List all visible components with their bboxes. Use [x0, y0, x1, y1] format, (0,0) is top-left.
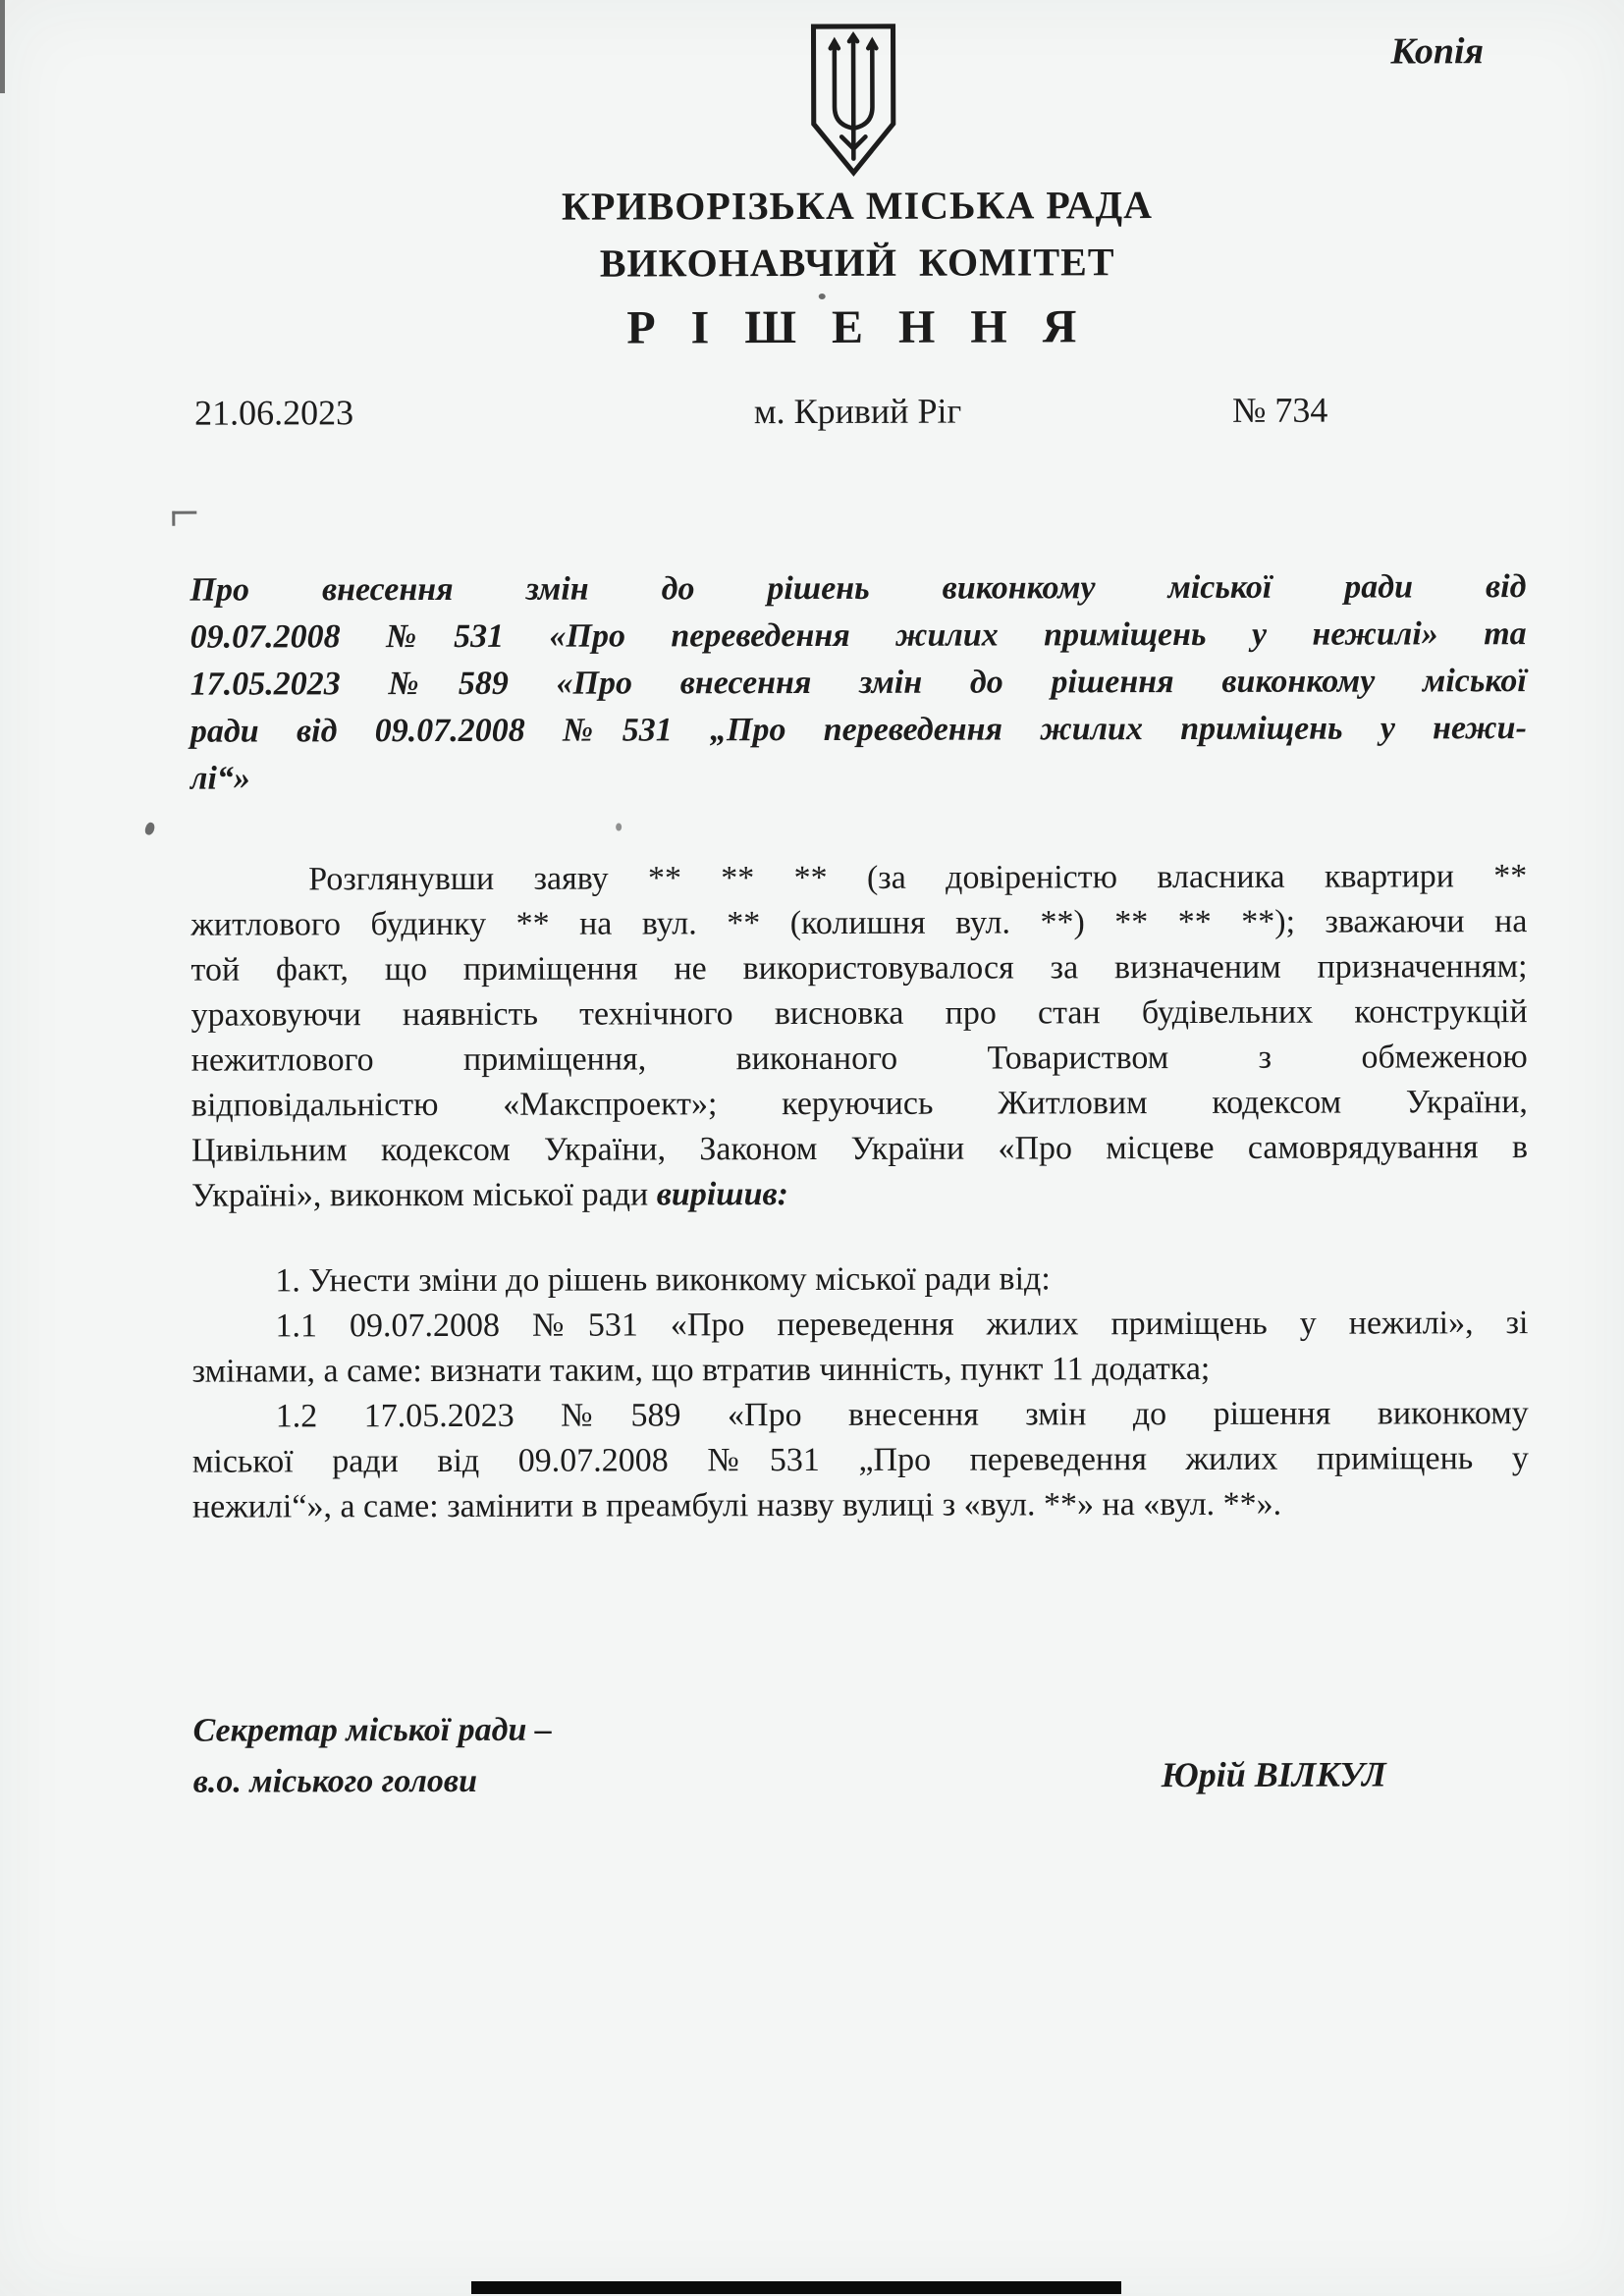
- preamble-line: той факт, що приміщення не використовува…: [190, 944, 1527, 993]
- decision-number: № 734: [1232, 390, 1327, 431]
- preamble-line: ураховуючи наявність технічного висновка…: [191, 989, 1528, 1039]
- item-1-2-line: 1.2 17.05.2023 №589 «Про внесення змін д…: [192, 1391, 1529, 1440]
- organization-name-line1: КРИВОРІЗЬКА МІСЬКА РАДА: [189, 181, 1525, 231]
- subject-line: Про внесення змін до рішень виконкому мі…: [189, 563, 1526, 614]
- copy-stamp-label: Копія: [1390, 29, 1484, 73]
- preamble-line: житлового будинку ** на вул. ** (колишня…: [190, 899, 1527, 948]
- preamble-last-line-text: Україні», виконком міської ради: [191, 1176, 657, 1213]
- item-1-1-line: 1.1 09.07.2008 №531 «Про переведення жил…: [191, 1301, 1528, 1350]
- ukraine-trident-emblem-icon: [806, 22, 900, 179]
- preamble-line: нежитлового приміщення, виконаного Товар…: [191, 1035, 1528, 1084]
- scan-bottom-bar-artifact: [471, 2281, 1121, 2294]
- subject-line: лі“»: [190, 752, 1527, 803]
- item-1-intro: 1. Унести зміни до рішень виконкому місь…: [191, 1255, 1528, 1305]
- signature-role-line1: Секретар міської ради –: [192, 1705, 551, 1757]
- preamble-last-line: Україні», виконком міської ради вирішив:: [191, 1170, 1528, 1219]
- item-1-2-line: міської ради від 09.07.2008 №531 „Про пе…: [192, 1436, 1529, 1485]
- scan-edge-artifact: [0, 0, 5, 93]
- document-content: Копія КРИВОРІЗЬКА МІСЬКА РАДА ВИКОНАВЧИЙ…: [0, 0, 1624, 2296]
- organization-name-line2: ВИКОНАВЧИЙ КОМІТЕТ: [189, 238, 1526, 288]
- subject-line: 09.07.2008 №531 «Про переведення жилих п…: [190, 611, 1527, 662]
- preamble-line: Розглянувши заяву ** ** ** (за довіреніс…: [190, 854, 1527, 903]
- signature-role-line2: в.о. міського голови: [193, 1756, 552, 1808]
- subject-line: ради від 09.07.2008 №531 „Про переведенн…: [190, 705, 1527, 756]
- item-1-1-line: змінами, а саме: визнати таким, що втрат…: [192, 1346, 1529, 1395]
- preamble-paragraph: Розглянувши заяву ** ** ** (за довіреніс…: [190, 854, 1528, 1219]
- item-1-2-line: нежилі“», а саме: замінити в преамбулі н…: [192, 1481, 1529, 1530]
- signature-role-block: Секретар міської ради – в.о. міського го…: [192, 1705, 552, 1808]
- subject-paragraph: Про внесення змін до рішень виконкому мі…: [189, 563, 1527, 803]
- corner-registration-mark: [172, 511, 196, 526]
- document-type-title: Р І Ш Е Н Н Я: [189, 298, 1526, 356]
- scanned-decision-document: Копія КРИВОРІЗЬКА МІСЬКА РАДА ВИКОНАВЧИЙ…: [0, 0, 1624, 2296]
- preamble-line: Цивільним кодексом України, Законом Укра…: [191, 1125, 1528, 1174]
- signatory-name: Юрій ВІЛКУЛ: [1162, 1753, 1386, 1795]
- subject-line: 17.05.2023 №589 «Про внесення змін до рі…: [190, 658, 1527, 709]
- preamble-line: відповідальністю «Макспроект»; керуючись…: [191, 1080, 1528, 1129]
- resolution-items: 1. Унести зміни до рішень виконкому місь…: [191, 1255, 1529, 1530]
- scan-speck: [143, 822, 156, 836]
- scan-speck: [616, 824, 622, 831]
- resolution-word: вирішив:: [657, 1176, 788, 1212]
- scan-speck: [819, 294, 826, 299]
